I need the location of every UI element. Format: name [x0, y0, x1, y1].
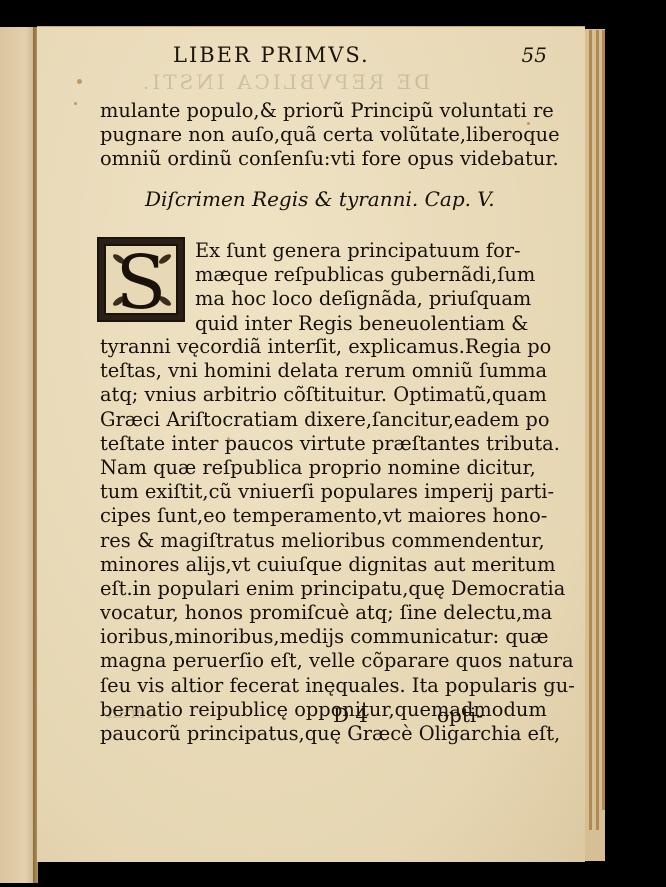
text-line: vocatur, honos promiſcuè atq; ſine delec… [100, 601, 476, 625]
text-line: ma hoc loco deſignãda, priuſquam [195, 287, 476, 311]
text-line: mæque reſpublicas gubernãdi,ſum [195, 263, 476, 287]
page-stack-line [602, 30, 605, 810]
paragraph-1: mulante populo,& priorũ Principũ volunta… [100, 99, 476, 172]
page-stack-line [596, 30, 599, 830]
show-through-text: deran [107, 703, 157, 723]
text-line: teſtas, vni homini delata rerum omniũ ſu… [100, 359, 476, 383]
decorated-initial: S [97, 237, 185, 322]
text-line: ioribus,minoribus,medijs communicatur: q… [100, 625, 476, 649]
page-number: 55 [522, 43, 547, 67]
running-title: LIBER PRIMVS. [173, 43, 370, 67]
text-line: tum exiſtit,cũ vniuerſi populares imperi… [100, 480, 476, 504]
paragraph-2: tyranni vęcordiã interſit, explicamus.Re… [100, 335, 476, 746]
text-line: omniũ ordinũ conſenſu:vti fore opus vide… [100, 147, 476, 171]
chapter-heading: Diſcrimen Regis & tyranni. Cap. V. [145, 187, 495, 211]
initial-frame: S [104, 244, 178, 315]
text-line: paucorũ principatus,quę Græcè Oligarchia… [100, 722, 476, 746]
signature-mark: D 4 [333, 703, 368, 727]
foxing-spot [74, 102, 77, 105]
text-line: quid inter Regis beneuolentiam & [195, 312, 476, 336]
text-line: ſeu vis altior fecerat inęquales. Ita po… [100, 674, 476, 698]
running-header: LIBER PRIMVS. 55 [145, 43, 545, 71]
text-line: atq; vnius arbitrio cõſtituitur. Optimat… [100, 383, 476, 407]
foxing-spot [77, 79, 82, 84]
text-line: magna peruerſio eſt, velle cõparare quos… [100, 649, 476, 673]
text-line: teſtate inter paucos virtute præſtantes … [100, 432, 476, 456]
text-line: Nam quæ reſpublica proprio nomine dicitu… [100, 456, 476, 480]
text-line: cipes ſunt,eo temperamento,vt maiores ho… [100, 504, 476, 528]
text-line: mulante populo,& priorũ Principũ volunta… [100, 99, 476, 123]
page-stack-line [589, 30, 592, 830]
initial-letter: S [106, 240, 176, 326]
text-line: Ex ſunt genera principatuum for- [195, 239, 476, 263]
text-line: minores alijs,vt cuiuſque dignitas aut m… [100, 553, 476, 577]
show-through-text: DE REPVBLICA INSTI. [140, 70, 430, 94]
catchword: opti- [437, 703, 483, 727]
text-line: Græci Ariſtocratiam dixere,ſancitur,eade… [100, 408, 476, 432]
paragraph-2-opening: Ex ſunt genera principatuum for- mæque r… [195, 239, 476, 336]
text-line: eſt.in populari enim principatu,quę Demo… [100, 577, 476, 601]
text-line: tyranni vęcordiã interſit, explicamus.Re… [100, 335, 476, 359]
text-line: res & magiſtratus melioribus commendentu… [100, 529, 476, 553]
text-line: pugnare non auſo,quã certa volũtate,libe… [100, 123, 476, 147]
facing-page-edge [0, 27, 36, 883]
